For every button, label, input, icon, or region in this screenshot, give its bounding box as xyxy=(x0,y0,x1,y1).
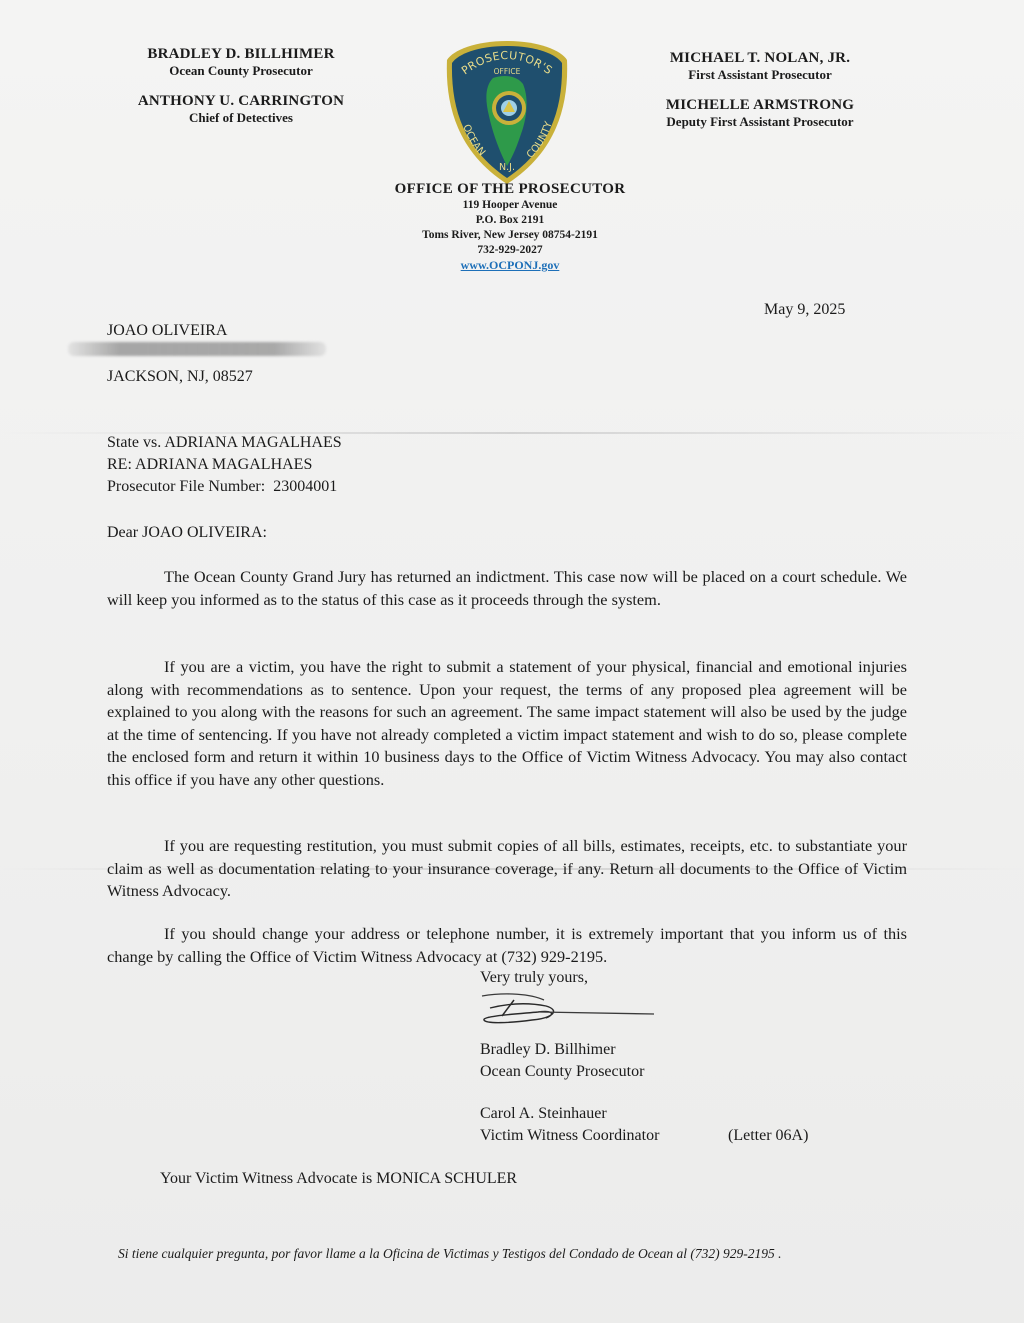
svg-text:N.J.: N.J. xyxy=(499,162,515,173)
prosecutor-name: BRADLEY D. BILLHIMER xyxy=(110,46,372,63)
signatory-name: Bradley D. Billhimer xyxy=(480,1039,644,1061)
letter-code: (Letter 06A) xyxy=(728,1125,808,1147)
first-assistant-title: First Assistant Prosecutor xyxy=(640,67,880,83)
file-number-value: 23004001 xyxy=(273,478,337,495)
paragraph-indictment: The Ocean County Grand Jury has returned… xyxy=(107,566,907,611)
prosecutor-title: Ocean County Prosecutor xyxy=(110,63,372,79)
paragraph-victim-rights: If you are a victim, you have the right … xyxy=(107,656,907,791)
spanish-note: Si tiene cualquier pregunta, por favor l… xyxy=(118,1246,782,1262)
paragraph-contact-change: If you should change your address or tel… xyxy=(107,923,907,968)
office-phone: 732-929-2027 xyxy=(360,243,660,258)
redacted-address xyxy=(68,342,326,356)
prosecutor-seal-icon: PROSECUTOR'S OFFICE OCEAN COUNTY N.J. xyxy=(443,38,571,186)
header-left: BRADLEY D. BILLHIMER Ocean County Prosec… xyxy=(110,46,372,126)
office-city: Toms River, New Jersey 08754-2191 xyxy=(360,228,660,243)
chief-title: Chief of Detectives xyxy=(110,110,372,126)
recipient-city: JACKSON, NJ, 08527 xyxy=(107,366,253,388)
office-street: 119 Hooper Avenue xyxy=(360,198,660,213)
signatory-prosecutor: Bradley D. Billhimer Ocean County Prosec… xyxy=(480,1039,644,1083)
signatory-title: Ocean County Prosecutor xyxy=(480,1061,644,1083)
letter-date: May 9, 2025 xyxy=(764,299,845,321)
closing: Very truly yours, xyxy=(480,967,588,989)
case-file-number: Prosecutor File Number: 23004001 xyxy=(107,476,342,498)
office-title: OFFICE OF THE PROSECUTOR xyxy=(360,181,660,198)
office-po-box: P.O. Box 2191 xyxy=(360,213,660,228)
signatory-name: Carol A. Steinhauer xyxy=(480,1103,659,1125)
signatory-coordinator: Carol A. Steinhauer Victim Witness Coord… xyxy=(480,1103,659,1147)
office-website-link[interactable]: www.OCPONJ.gov xyxy=(461,258,560,272)
signatory-title: Victim Witness Coordinator xyxy=(480,1125,659,1147)
advocate-line: Your Victim Witness Advocate is MONICA S… xyxy=(160,1168,517,1190)
office-address-block: OFFICE OF THE PROSECUTOR 119 Hooper Aven… xyxy=(360,181,660,274)
svg-text:OFFICE: OFFICE xyxy=(494,67,521,76)
first-assistant-name: MICHAEL T. NOLAN, JR. xyxy=(640,50,880,67)
header-right: MICHAEL T. NOLAN, JR. First Assistant Pr… xyxy=(640,50,880,130)
case-block: State vs. ADRIANA MAGALHAES RE: ADRIANA … xyxy=(107,432,342,498)
letter-page: BRADLEY D. BILLHIMER Ocean County Prosec… xyxy=(0,0,1024,1323)
paragraph-restitution: If you are requesting restitution, you m… xyxy=(107,835,907,903)
case-re: RE: ADRIANA MAGALHAES xyxy=(107,454,342,476)
file-number-label: Prosecutor File Number: xyxy=(107,478,265,495)
signature-icon xyxy=(476,990,666,1030)
chief-name: ANTHONY U. CARRINGTON xyxy=(110,93,372,110)
salutation: Dear JOAO OLIVEIRA: xyxy=(107,522,267,544)
case-state-vs: State vs. ADRIANA MAGALHAES xyxy=(107,432,342,454)
deputy-title: Deputy First Assistant Prosecutor xyxy=(640,114,880,130)
recipient-name: JOAO OLIVEIRA xyxy=(107,320,227,342)
deputy-name: MICHELLE ARMSTRONG xyxy=(640,97,880,114)
